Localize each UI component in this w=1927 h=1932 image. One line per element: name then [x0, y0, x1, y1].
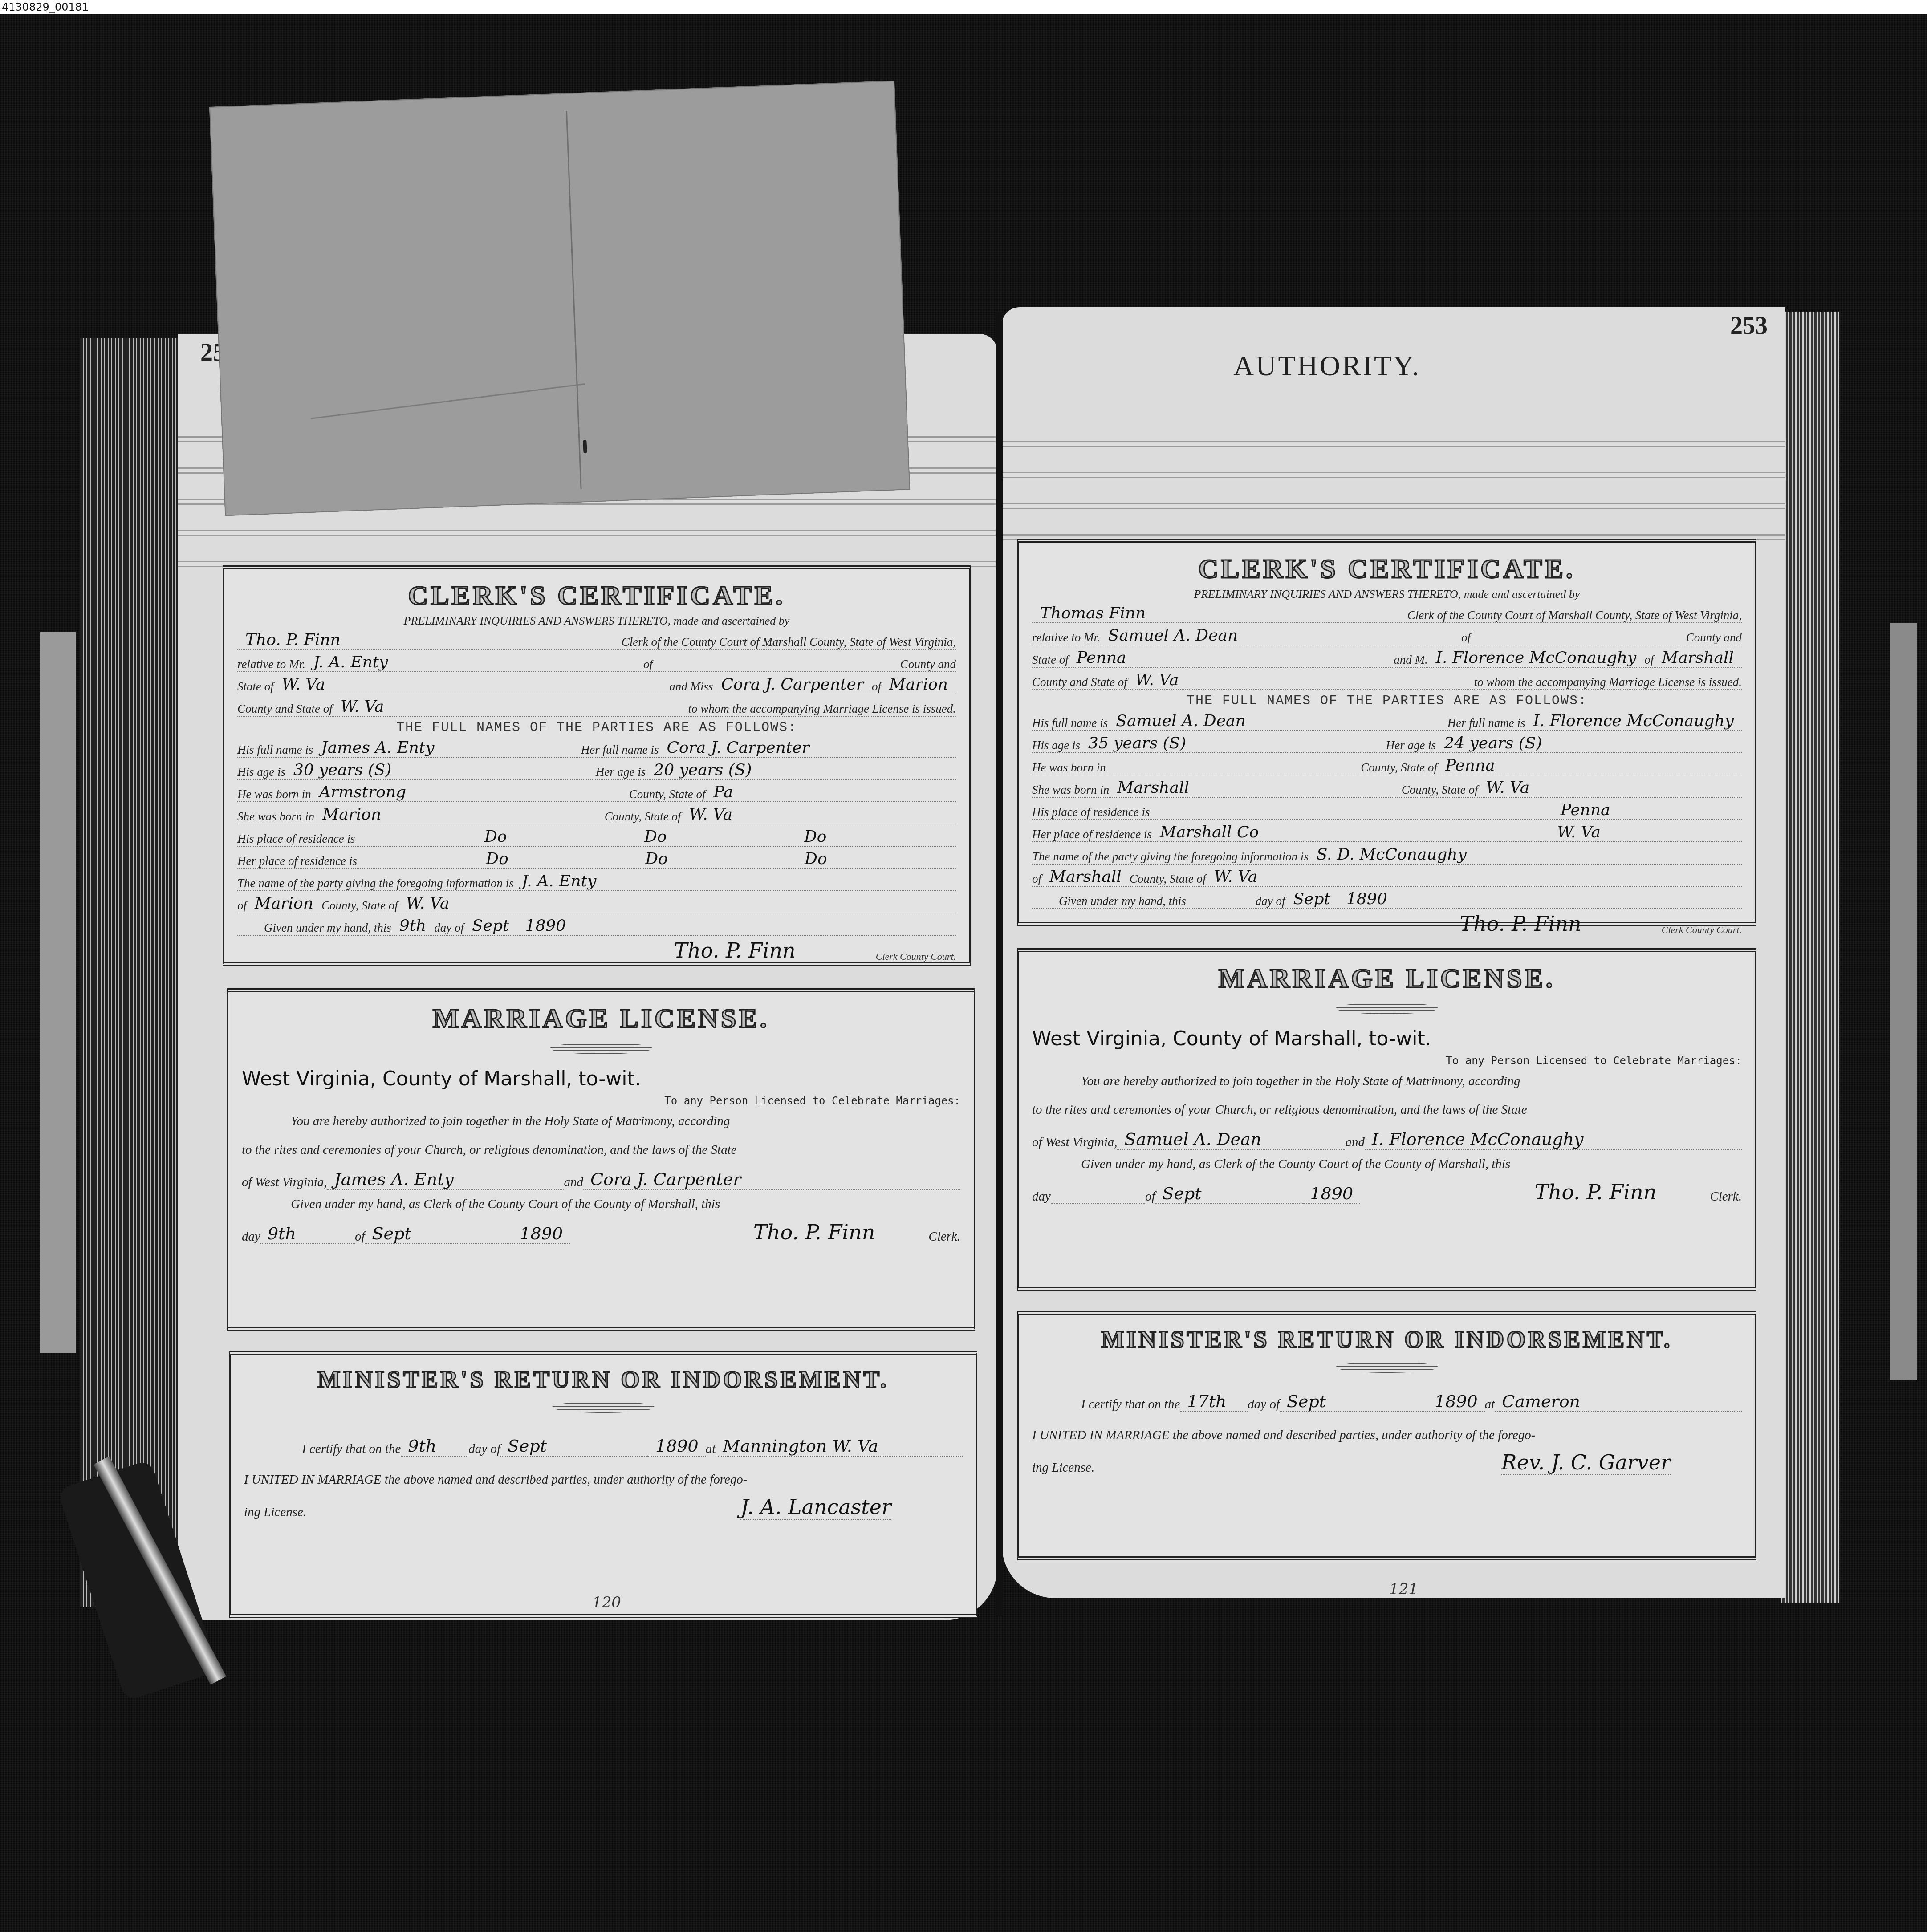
- return-place: Mannington W. Va: [716, 1436, 963, 1457]
- minister-signature: J. A. Lancaster: [740, 1495, 891, 1520]
- license-body-2: to the rites and ceremonies of your Chur…: [242, 1136, 960, 1164]
- return-title: MINISTER'S RETURN OR INDORSEMENT.: [1032, 1326, 1742, 1353]
- her-residence-label: Her place of residence is: [237, 854, 357, 868]
- her-full-name-label: Her full name is: [581, 743, 659, 757]
- relative-to-value: Samuel A. Dean: [1100, 626, 1246, 645]
- return-title: MINISTER'S RETURN OR INDORSEMENT.: [244, 1366, 963, 1393]
- license-body-1: You are hereby authorized to join togeth…: [242, 1107, 960, 1136]
- bride-name-short: I. Florence McConaughy: [1428, 649, 1645, 667]
- her-residence-value: Marshall Co: [1152, 823, 1267, 841]
- given-row: Given under my hand, this 9th day of Sep…: [237, 915, 956, 936]
- license-month: Sept: [365, 1224, 512, 1244]
- informant-name: J. A. Enty: [514, 872, 605, 890]
- informant-place-row: of Marion County, State of W. Va: [237, 893, 956, 913]
- left-page: 25 CLERK'S CERTIFICATE. PRELIMINARY INQU…: [178, 334, 997, 1620]
- she-born-row: She was born in Marion County, State of …: [237, 804, 956, 824]
- she-born-county: Marion: [314, 805, 389, 824]
- her-residence-label: Her place of residence is: [1032, 828, 1152, 841]
- informant-place-row: of Marshall County, State of W. Va: [1032, 866, 1742, 887]
- at-label: at: [706, 1442, 716, 1457]
- county-and-label: County and: [900, 658, 956, 671]
- state-row: State of W. Va and Miss Cora J. Carpente…: [237, 674, 956, 694]
- license-jurisdiction: West Virginia, County of Marshall, to-wi…: [1032, 1027, 1742, 1050]
- informant-label: The name: [1032, 850, 1079, 864]
- he-born-row: He was born in Armstrong County, State o…: [237, 782, 956, 802]
- clerks-certificate: CLERK'S CERTIFICATE. PRELIMINARY INQUIRI…: [1017, 539, 1756, 926]
- slip-fold: [566, 111, 582, 489]
- return-license-line: ing License. J. A. Lancaster: [244, 1494, 963, 1520]
- her-full-name: Cora J. Carpenter: [659, 739, 817, 757]
- of-label: of: [1461, 631, 1471, 645]
- given-year: 1890: [517, 917, 574, 935]
- she-born-label: She was born in: [1032, 783, 1109, 797]
- header-rule: [1002, 472, 1785, 478]
- clerk-signature: Tho. P. Finn: [674, 938, 796, 962]
- license-groom: Samuel A. Dean: [1117, 1129, 1345, 1150]
- of-wv-label: of West Virginia,: [1032, 1135, 1117, 1150]
- day-of-label: day of: [434, 921, 464, 935]
- her-residence-value: Do: [637, 850, 676, 868]
- her-age-label: Her age is: [1386, 739, 1436, 752]
- groom-state: Penna: [1069, 649, 1134, 667]
- ornament-divider: [550, 1043, 652, 1054]
- given-year: 1890: [1338, 890, 1395, 908]
- license-title: MARRIAGE LICENSE.: [242, 1003, 960, 1035]
- right-page: 253 AUTHORITY. CLERK'S CERTIFICATE. PREL…: [1002, 307, 1785, 1598]
- page-number: 253: [1730, 312, 1768, 340]
- his-residence-value: Do: [796, 828, 835, 846]
- of-label: of: [355, 1230, 365, 1244]
- license-signature-title: Clerk.: [928, 1230, 960, 1244]
- ministers-return: MINISTER'S RETURN OR INDORSEMENT. I cert…: [1017, 1311, 1756, 1560]
- license-bride: I. Florence McConaughy: [1365, 1129, 1742, 1150]
- return-certify: I certify that on the 9th day of Sept 18…: [244, 1431, 963, 1457]
- her-residence-row: Her place of residence is Marshall Co W.…: [1032, 822, 1742, 842]
- she-born-label: She was born in: [237, 810, 314, 824]
- ink-spot: [583, 440, 587, 453]
- license-body-2: to the rites and ceremonies of your Chur…: [1032, 1096, 1742, 1124]
- return-month: Sept: [500, 1436, 648, 1457]
- parties-heading: THE FULL NAMES OF THE PARTIES ARE AS FOL…: [1032, 694, 1742, 709]
- bride-name-short: Cora J. Carpenter: [713, 675, 872, 694]
- full-names-row: His full name is Samuel A. Dean Her full…: [1032, 710, 1742, 731]
- informant-county: Marion: [247, 894, 321, 913]
- his-age-label: His age is: [1032, 739, 1080, 752]
- header-rule: [1002, 441, 1785, 447]
- county-state-label: County and State of: [237, 702, 333, 716]
- certificate-title: CLERK'S CERTIFICATE.: [1032, 553, 1742, 585]
- groom-state: W. Va: [274, 675, 333, 694]
- his-age: 30 years (S): [285, 761, 399, 779]
- marriage-license: MARRIAGE LICENSE. West Virginia, County …: [1017, 948, 1756, 1291]
- image-label: 4130829_00181: [2, 1, 89, 13]
- return-united: I UNITED IN MARRIAGE the above named and…: [244, 1465, 963, 1494]
- certify-label: I certify that on the: [302, 1442, 401, 1457]
- day-of-label: day of: [468, 1442, 500, 1457]
- ornament-divider: [1336, 1361, 1438, 1373]
- clerk-name: Tho. P. Finn: [237, 631, 349, 649]
- bookmark-ribbon: [40, 632, 76, 1353]
- license-given: Given under my hand, as Clerk of the Cou…: [242, 1190, 960, 1218]
- return-day: 17th: [1180, 1392, 1248, 1412]
- day-label: day: [242, 1230, 260, 1244]
- she-born-row: She was born in Marshall County, State o…: [1032, 777, 1742, 798]
- image-label-bar: 4130829_00181: [0, 0, 1927, 14]
- clerk-row: Tho. P. Finn Clerk of the County Court o…: [237, 629, 956, 650]
- license-parties: of West Virginia, Samuel A. Dean and I. …: [1032, 1124, 1742, 1150]
- minister-signature: Rev. J. C. Garver: [1501, 1450, 1671, 1475]
- given-month: Sept: [1285, 890, 1338, 908]
- relative-to-label: relative to Mr.: [237, 658, 305, 671]
- and-miss-label: and Miss: [669, 680, 713, 694]
- certify-label: I certify that on the: [1081, 1397, 1180, 1412]
- ministers-return: MINISTER'S RETURN OR INDORSEMENT. I cert…: [229, 1351, 977, 1618]
- header-rule: [178, 530, 997, 536]
- relative-row: relative to Mr. J. A. Enty of County and: [237, 652, 956, 672]
- county-state-row: County and State of W. Va to whom the ac…: [1032, 670, 1742, 690]
- his-residence-value: Do: [476, 828, 515, 846]
- license-parties: of West Virginia, James A. Enty and Cora…: [242, 1164, 960, 1190]
- given-row: Given under my hand, this day of Sept 18…: [1032, 889, 1742, 909]
- his-age: 35 years (S): [1080, 734, 1194, 752]
- relative-row: relative to Mr. Samuel A. Dean of County…: [1032, 625, 1742, 645]
- his-residence-row: His place of residence is Penna: [1032, 800, 1742, 820]
- his-residence-row: His place of residence is Do Do Do: [237, 826, 956, 847]
- his-full-name-label: His full name is: [237, 743, 313, 757]
- of-label: of: [237, 899, 247, 913]
- informant-row: The name of the party giving the foregoi…: [1032, 844, 1742, 865]
- his-residence-value: Do: [636, 828, 675, 846]
- given-label: Given under my hand, this: [237, 921, 391, 935]
- his-full-name: James A. Enty: [313, 739, 442, 757]
- license-address: To any Person Licensed to Celebrate Marr…: [242, 1095, 960, 1107]
- return-united: I UNITED IN MARRIAGE the above named and…: [1032, 1421, 1742, 1449]
- bride-county: Marion: [881, 675, 956, 694]
- county-state-of-label: County, State of: [1130, 872, 1206, 886]
- license-jurisdiction: West Virginia, County of Marshall, to-wi…: [242, 1067, 960, 1090]
- he-born-state: Penna: [1437, 756, 1503, 775]
- to-whom-label: to whom the accompanying Marriage Licens…: [688, 702, 956, 716]
- return-year: 1890: [1427, 1392, 1485, 1412]
- loose-paper-slip: [209, 81, 910, 516]
- marriage-license: MARRIAGE LICENSE. West Virginia, County …: [227, 988, 975, 1331]
- county-state-of-label: County, State of: [1402, 783, 1478, 797]
- license-signature: Tho. P. Finn: [1535, 1180, 1656, 1204]
- her-residence-value: Do: [478, 850, 516, 868]
- and-miss-label: and M.: [1394, 653, 1428, 667]
- day-label: day: [1032, 1189, 1051, 1204]
- her-residence-row: Her place of residence is Do Do Do: [237, 848, 956, 869]
- folio-number: 120: [592, 1594, 621, 1611]
- he-born-label: He was born in: [1032, 761, 1106, 775]
- relative-to-label: relative to Mr.: [1032, 631, 1100, 645]
- informant-label: of the party: [1082, 850, 1137, 864]
- her-residence-value: W. Va: [1549, 823, 1609, 841]
- certificate-title: CLERK'S CERTIFICATE.: [237, 580, 956, 612]
- license-given: Given under my hand, as Clerk of the Cou…: [1032, 1150, 1742, 1178]
- given-month: Sept: [464, 917, 517, 935]
- she-born-state: W. Va: [1478, 779, 1537, 797]
- license-date: day of Sept 1890 Tho. P. Finn Clerk.: [1032, 1178, 1742, 1204]
- license-year: 1890: [1303, 1184, 1360, 1204]
- license-text: ing License.: [244, 1505, 306, 1520]
- ages-row: His age is 35 years (S) Her age is 24 ye…: [1032, 733, 1742, 753]
- he-born-county: Armstrong: [311, 783, 414, 801]
- and-label: and: [564, 1175, 583, 1190]
- running-head: AUTHORITY.: [1233, 349, 1421, 382]
- license-month: Sept: [1155, 1184, 1303, 1204]
- day-of-label: day of: [1248, 1397, 1280, 1412]
- clerk-row: Thomas Finn Clerk of the County Court of…: [1032, 603, 1742, 623]
- license-groom: James A. Enty: [327, 1169, 564, 1190]
- license-body-1: You are hereby authorized to join togeth…: [1032, 1067, 1742, 1096]
- his-age-label: His age is: [237, 765, 285, 779]
- his-residence-label: His place of residence is: [1032, 805, 1150, 819]
- full-names-row: His full name is James A. Enty Her full …: [237, 737, 956, 758]
- header-rule: [1002, 503, 1785, 509]
- given-day: 9th: [391, 917, 435, 935]
- county-state-of-label: County, State of: [629, 787, 706, 801]
- her-residence-value: Do: [797, 850, 835, 868]
- clerk-signature: Tho. P. Finn: [1460, 912, 1581, 936]
- county-and-label: County and: [1686, 631, 1742, 645]
- clerk-name: Thomas Finn: [1032, 604, 1154, 622]
- clerk-of-label: Clerk of the County Court of Marshall Co…: [622, 635, 956, 649]
- return-year: 1890: [648, 1436, 706, 1457]
- informant-state: W. Va: [1206, 868, 1265, 886]
- county-state-of-label: County, State of: [605, 810, 681, 824]
- of-label: of: [1032, 872, 1041, 886]
- of-label: of: [1145, 1189, 1155, 1204]
- ages-row: His age is 30 years (S) Her age is 20 ye…: [237, 759, 956, 780]
- his-residence-value: Penna: [1553, 801, 1618, 819]
- and-label: and: [1345, 1135, 1365, 1150]
- bride-state: W. Va: [333, 698, 392, 716]
- relative-to-value: J. A. Enty: [305, 653, 396, 671]
- informant-state: W. Va: [398, 894, 458, 913]
- state-row: State of Penna and M. I. Florence McCona…: [1032, 647, 1742, 668]
- clerk-title: Clerk County Court.: [1662, 924, 1742, 936]
- folio-number: 121: [1389, 1580, 1418, 1598]
- page-edges-left: [80, 338, 183, 1607]
- license-text: ing License.: [1032, 1461, 1094, 1475]
- at-label: at: [1485, 1397, 1495, 1412]
- page-edges-right: [1781, 312, 1839, 1603]
- parties-heading: THE FULL NAMES OF THE PARTIES ARE AS FOL…: [237, 720, 956, 735]
- state-of-label: State of: [237, 680, 274, 694]
- license-date: day 9th of Sept 1890 Tho. P. Finn Clerk.: [242, 1218, 960, 1244]
- his-full-name: Samuel A. Dean: [1108, 712, 1253, 730]
- her-age: 20 years (S): [646, 761, 760, 779]
- informant-label: of the party: [287, 877, 342, 890]
- her-full-name: I. Florence McConaughy: [1525, 712, 1742, 730]
- her-full-name-label: Her full name is: [1447, 716, 1525, 730]
- informant-row: The name of the party giving the foregoi…: [237, 871, 956, 891]
- she-born-county: Marshall: [1109, 779, 1197, 797]
- informant-label: The name: [237, 877, 285, 890]
- he-born-label: He was born in: [237, 787, 311, 801]
- informant-label: giving the foregoing information is: [346, 877, 514, 890]
- license-title: MARRIAGE LICENSE.: [1032, 963, 1742, 994]
- he-born-state: Pa: [705, 783, 741, 801]
- his-residence-label: His place of residence is: [237, 832, 355, 846]
- license-signature-title: Clerk.: [1710, 1189, 1742, 1204]
- license-signature: Tho. P. Finn: [753, 1220, 875, 1244]
- county-state-of-label: County, State of: [321, 899, 398, 913]
- clerk-title: Clerk County Court.: [876, 951, 956, 962]
- her-age-label: Her age is: [596, 765, 646, 779]
- return-month: Sept: [1280, 1392, 1427, 1412]
- bride-state: W. Va: [1127, 671, 1187, 689]
- county-state-of-label: County, State of: [1361, 761, 1437, 775]
- bookmark-ribbon-right: [1890, 623, 1917, 1380]
- bride-county: Marshall: [1654, 649, 1742, 667]
- license-day: [1051, 1203, 1145, 1204]
- state-of-label: State of: [1032, 653, 1069, 667]
- he-born-row: He was born in County, State of Penna: [1032, 755, 1742, 775]
- her-age: 24 years (S): [1436, 734, 1550, 752]
- ornament-divider: [1336, 1003, 1438, 1014]
- license-year: 1890: [512, 1224, 570, 1244]
- day-of-label: day of: [1256, 894, 1285, 908]
- clerk-of-label: Clerk of the County Court of Marshall Co…: [1407, 609, 1742, 622]
- return-license-line: ing License. Rev. J. C. Garver: [1032, 1449, 1742, 1475]
- slip-crease: [311, 383, 585, 419]
- his-full-name-label: His full name is: [1032, 716, 1108, 730]
- of-label: of: [643, 658, 653, 671]
- certificate-intro: PRELIMINARY INQUIRIES AND ANSWERS THERET…: [237, 614, 956, 628]
- county-state-row: County and State of W. Va to whom the ac…: [237, 696, 956, 717]
- return-day: 9th: [401, 1436, 468, 1457]
- of-label: of: [872, 680, 881, 694]
- informant-label: giving the foregoing information is: [1141, 850, 1309, 864]
- return-place: Cameron: [1495, 1392, 1742, 1412]
- ornament-divider: [552, 1401, 655, 1413]
- informant-name: S. D. McConaughy: [1309, 845, 1475, 864]
- clerks-certificate: CLERK'S CERTIFICATE. PRELIMINARY INQUIRI…: [223, 565, 971, 966]
- to-whom-label: to whom the accompanying Marriage Licens…: [1474, 675, 1742, 689]
- of-wv-label: of West Virginia,: [242, 1175, 327, 1190]
- license-day: 9th: [260, 1224, 355, 1244]
- of-label: of: [1644, 653, 1654, 667]
- informant-county: Marshall: [1041, 868, 1130, 886]
- return-certify: I certify that on the 17th day of Sept 1…: [1032, 1386, 1742, 1412]
- county-state-label: County and State of: [1032, 675, 1127, 689]
- certificate-intro: PRELIMINARY INQUIRIES AND ANSWERS THERET…: [1032, 588, 1742, 601]
- license-address: To any Person Licensed to Celebrate Marr…: [1032, 1055, 1742, 1067]
- given-label: Given under my hand, this: [1032, 894, 1186, 908]
- she-born-state: W. Va: [681, 805, 741, 824]
- license-bride: Cora J. Carpenter: [583, 1169, 960, 1190]
- book-gutter: [996, 312, 1003, 1616]
